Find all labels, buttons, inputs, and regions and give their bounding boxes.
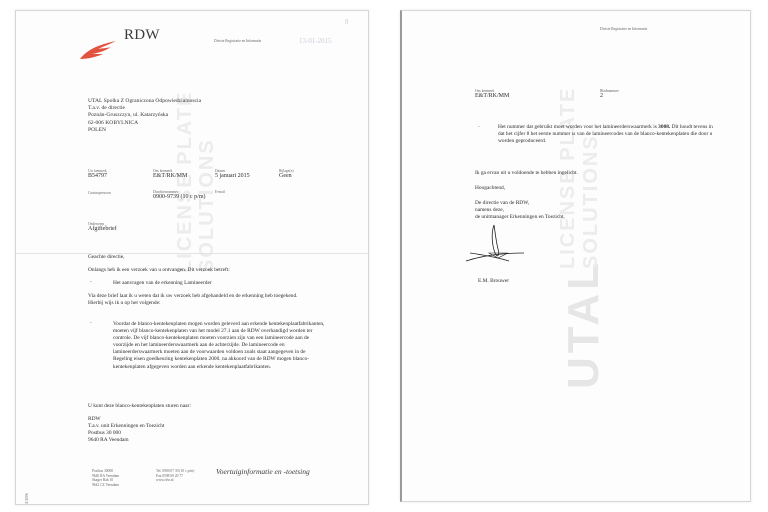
meta-attachments: Bijlage(n) Geen [279, 169, 294, 180]
meta-label: E-mail [215, 190, 225, 194]
signatory-line: namens deze, [475, 207, 565, 214]
watermark-license-plate: LICENSE PLATE [557, 87, 580, 269]
address-line: RDW [88, 416, 164, 423]
footer-contact: Tel. 0900 07 39 (10 c p/m) Fax 0598 69 2… [156, 469, 194, 483]
meta-value: 5 januari 2015 [215, 173, 250, 180]
signer-name: E.M. Brouwer [478, 278, 509, 285]
footer-website[interactable]: www.rdw.nl [156, 478, 194, 483]
address-line: 9640 RA Veendam [88, 437, 164, 444]
stamp-mark: 8 [345, 18, 349, 26]
meta-your-reference: Uw kenmerk B54797 [88, 169, 107, 180]
recipient-line: UTAL Spolka Z Ograniczona Odpowiedzialno… [88, 98, 201, 105]
decision-paragraph: Via deze brief laat ik u weten dat ik uw… [88, 293, 298, 307]
rdw-logo-text: RDW [124, 27, 160, 44]
send-to-address: RDW T.a.v. unit Erkenningen en Toezicht … [88, 416, 164, 444]
signatory-block: De directie van de RDW, namens deze, de … [475, 200, 565, 221]
meta-page-number: Bladnummer 2 [600, 89, 619, 100]
division-name: Divisie Registratie en Informatie [600, 27, 647, 31]
meta-label: Contactpersoon [88, 191, 111, 195]
meta-our-reference: Ons kenmerk E&T/RK/MM [475, 89, 509, 100]
meta-date: Datum 5 januari 2015 [215, 169, 250, 180]
meta-value: E&T/RK/MM [153, 173, 187, 180]
number-paragraph: Het nummer dat gebruikt moet worden voor… [498, 124, 713, 145]
meta-contact-person: Contactpersoon [88, 191, 111, 195]
meta-value: B54797 [88, 173, 107, 180]
meta-our-reference: Ons kenmerk E&T/RK/MM [153, 169, 187, 180]
subject-value: Afgiftebrief [88, 226, 117, 233]
footer-phone: Tel. 0900 07 39 (10 c p/m) [156, 469, 194, 474]
rdw-feather-logo-icon [78, 39, 118, 61]
footer-slogan: Voertuiginformatie en -toetsing [216, 467, 310, 476]
request-item: Het aanvragen van de erkenning Lamineerd… [113, 280, 212, 287]
address-line: Postbus 30 000 [88, 430, 164, 437]
signatory-line: de unitmanager Erkenningen en Toezicht, [475, 214, 565, 221]
footer-address-line: 9642 CZ Veendam [92, 483, 119, 488]
form-code: 11/2006 [25, 493, 29, 505]
condition-paragraph: Voordat de blanco-kentekenplaten mogen w… [113, 321, 326, 371]
received-stamp-date: 13-01-2015 [299, 37, 332, 45]
bullet-dash: - [90, 321, 92, 326]
watermark-utal: UTAL [559, 259, 609, 389]
meta-direct-number: Doorkiesnummer 0900-9739 (10 c p/m) [153, 190, 206, 201]
meta-email: E-mail [215, 190, 225, 194]
watermark-solutions: SOLUTIONS [580, 134, 603, 269]
meta-value: E&T/RK/MM [475, 93, 509, 100]
address-line: T.a.v. unit Erkenningen en Toezicht [88, 423, 164, 430]
division-name: Divisie Registratie en Informatie [214, 39, 261, 43]
recipient-line: T.a.v. de directie [88, 105, 201, 112]
recipient-address: UTAL Spolka Z Ograniczona Odpowiedzialno… [88, 98, 201, 134]
intro-paragraph: Onlangs heb ik een verzoek van u ontvang… [88, 267, 328, 274]
signatory-line: De directie van de RDW, [475, 200, 565, 207]
letter-page-2: UTAL LICENSE PLATE SOLUTIONS Divisie Reg… [400, 10, 751, 502]
meta-value: 2 [600, 93, 619, 100]
meta-value: 0900-9739 (10 c p/m) [153, 194, 206, 201]
handwritten-signature-icon [464, 223, 534, 263]
recipient-line: POLEN [88, 127, 201, 134]
recipient-line: Poznán-Gruszczyn, ul. Katarzyńska [88, 112, 201, 119]
subject: Onderwerp Afgiftebrief [88, 222, 117, 233]
number-paragraph-text: Het nummer dat gebruikt moet worden voor… [498, 124, 658, 130]
closing: Hoogachtend, [475, 185, 505, 192]
send-to-intro: U kunt deze blanco-kentekenplaten sturen… [88, 403, 191, 410]
informed-sentence: Ik ga ervan uit u voldoende te hebben in… [475, 170, 578, 177]
footer-postal-address: Postbus 30000 9640 RA Veendam Skager Rak… [92, 469, 119, 487]
bullet-dash: - [478, 125, 480, 130]
fold-line [16, 253, 368, 254]
hallmark-number: 3008. [658, 124, 670, 130]
meta-value: Geen [279, 173, 294, 180]
letter-page-1: LICENSE PLATE SOLUTIONS RDW Divisie Regi… [15, 10, 369, 505]
salutation: Geachte directie, [88, 254, 125, 261]
recipient-line: 62-006 KOBYLNICA [88, 120, 201, 127]
bullet-dash: - [90, 280, 92, 285]
